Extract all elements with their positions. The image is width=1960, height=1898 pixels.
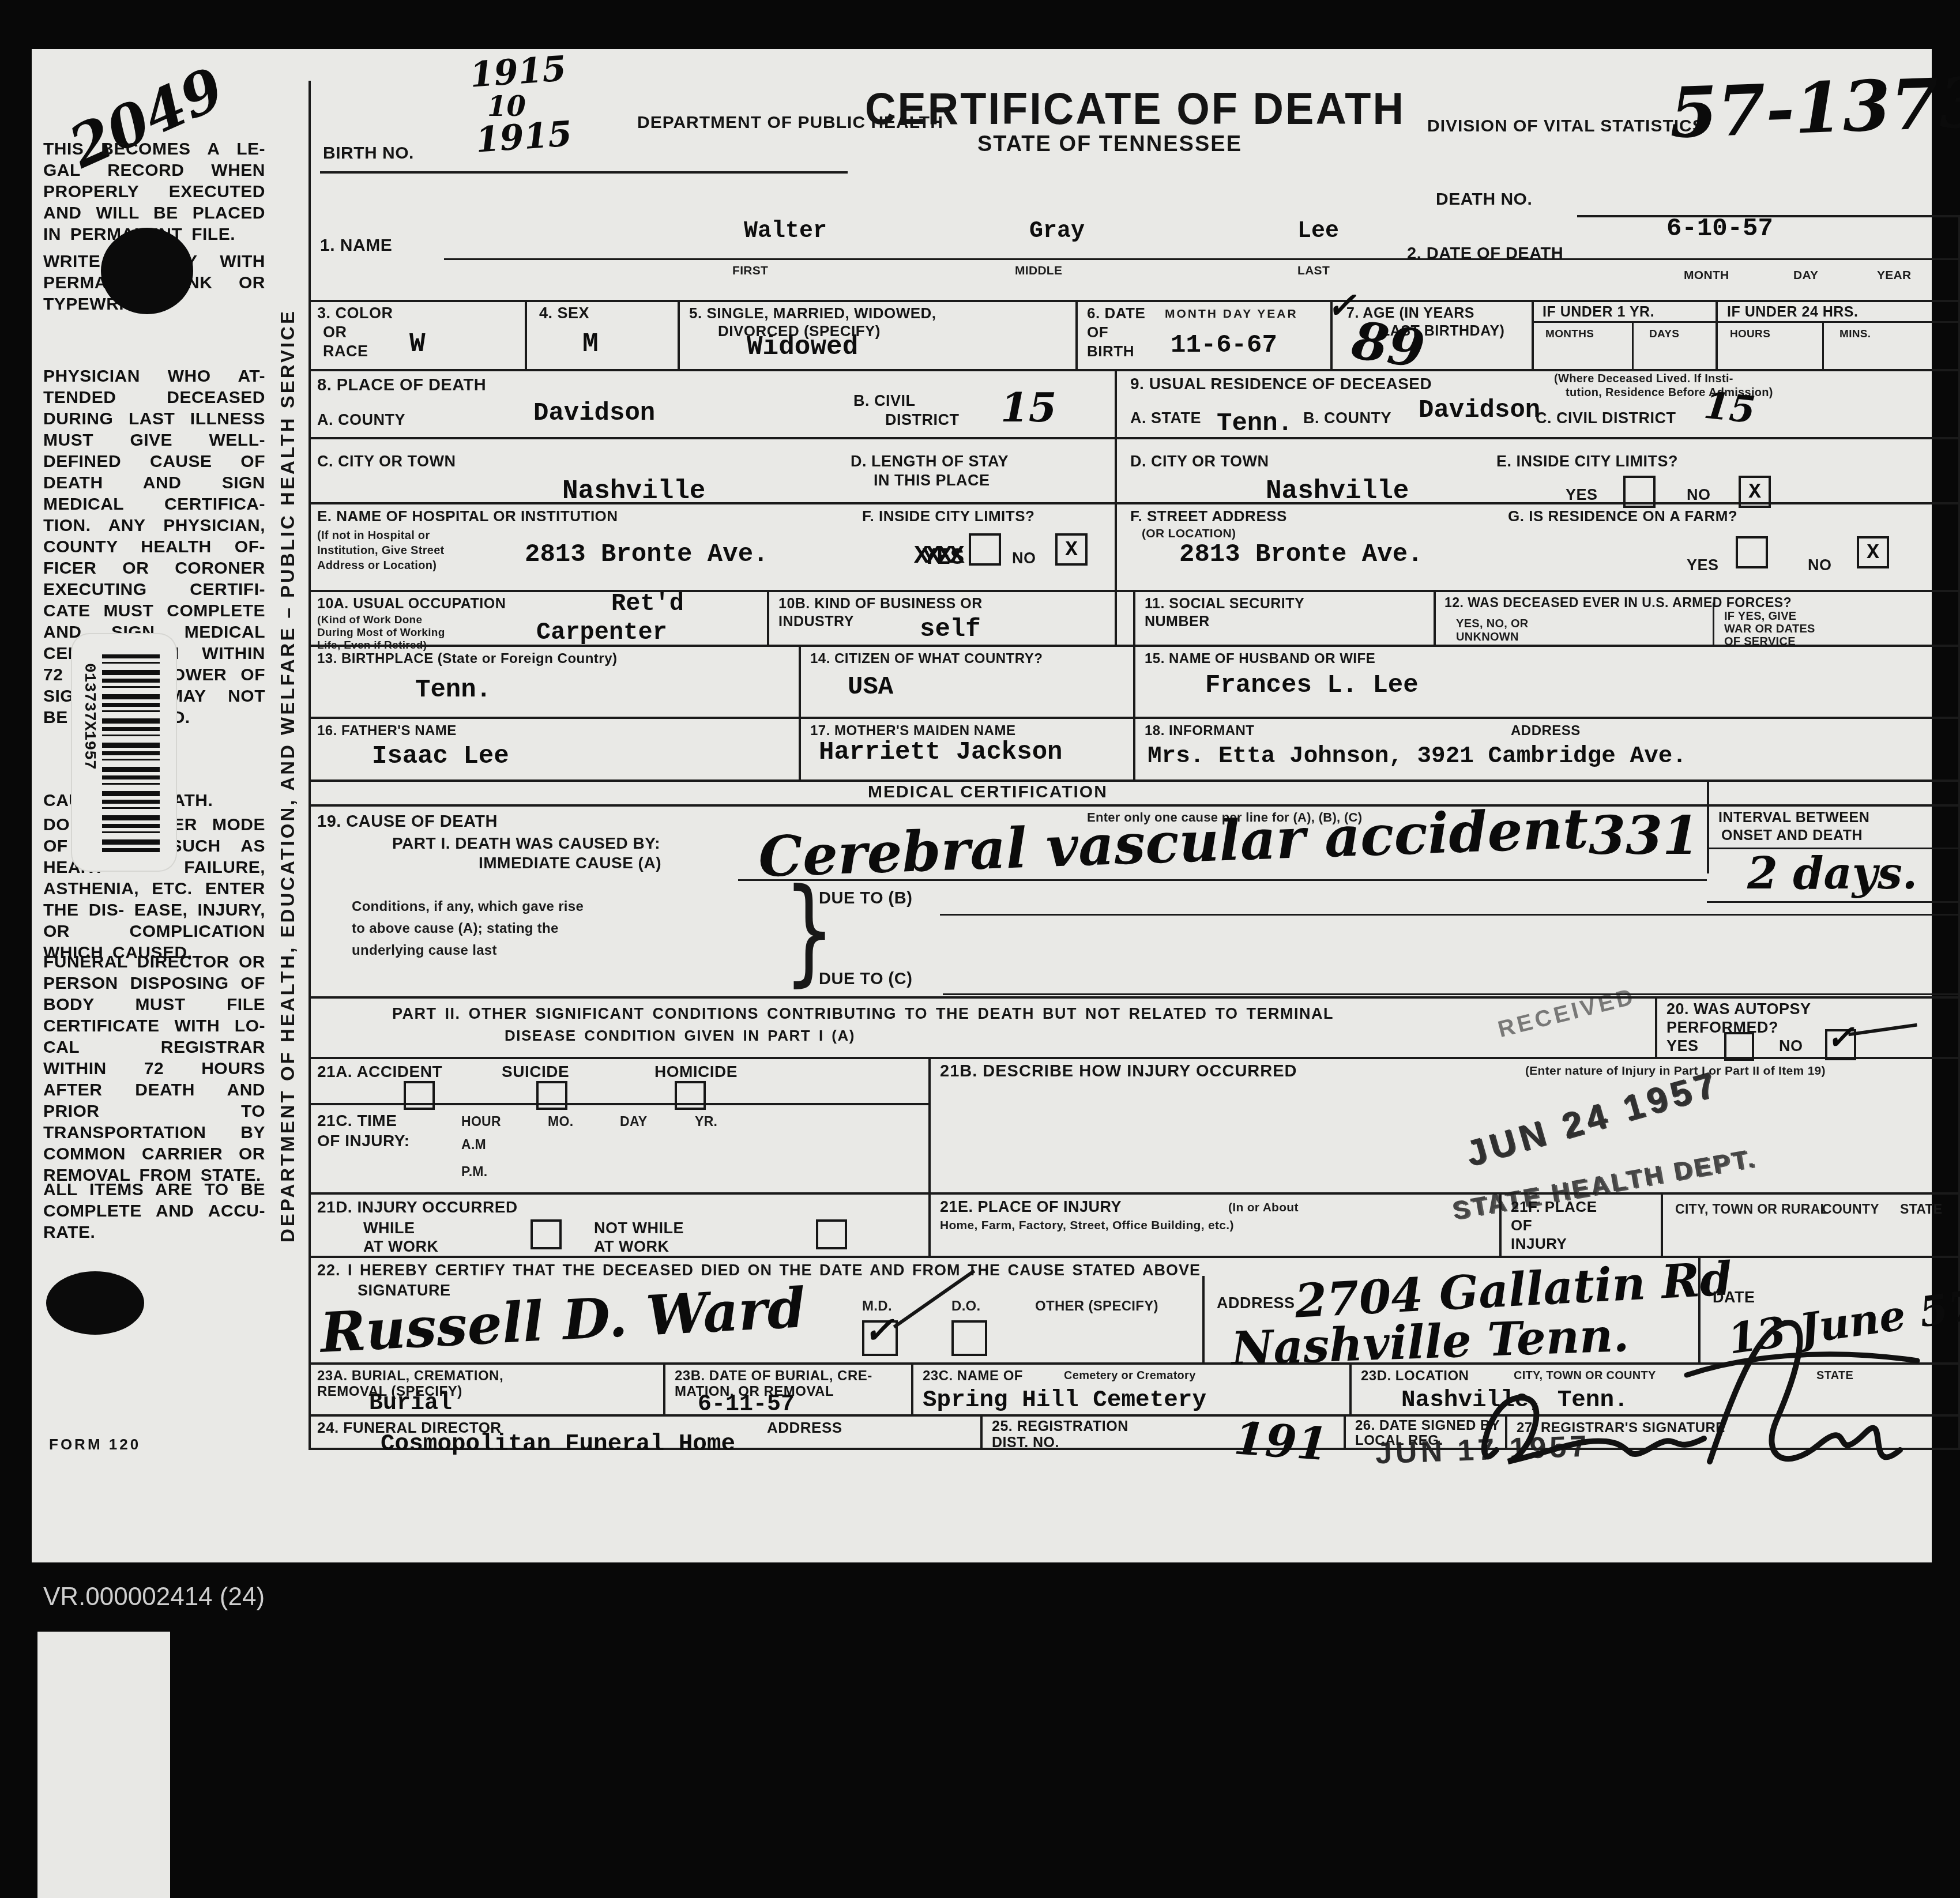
death-no-value: 57-13737 [1668, 60, 1960, 154]
death-no-label: DEATH NO. [1436, 190, 1532, 208]
cell-divider [1202, 1276, 1205, 1362]
cell-divider [767, 590, 769, 645]
cell-divider [1822, 321, 1824, 369]
res-city-label: D. CITY OR TOWN [1130, 453, 1269, 470]
while-at-work-checkbox [531, 1219, 562, 1249]
mother-label: 17. MOTHER'S MAIDEN NAME [810, 722, 1015, 740]
informant-label: 18. INFORMANT [1145, 722, 1255, 740]
res-limits-label: E. INSIDE CITY LIMITS? [1496, 453, 1678, 470]
place-of-injury-note-1: (In or About [1228, 1200, 1299, 1215]
homicide-label: HOMICIDE [654, 1063, 738, 1080]
business-label-2: INDUSTRY [778, 613, 854, 631]
civil-district-label-2: DISTRICT [885, 411, 960, 429]
informant-address-label: ADDRESS [1511, 722, 1581, 740]
hole-punch [46, 1271, 144, 1335]
res-limits-yes: YES [1566, 486, 1598, 504]
cause-line [738, 879, 1707, 881]
due-to-c-label: DUE TO (C) [819, 970, 912, 988]
interval-value-handwritten: 2 days. [1747, 848, 1917, 899]
hospital-sub-2: Institution, Give Street [317, 544, 445, 558]
birthplace-value: Tenn. [415, 677, 491, 703]
burial-value: Burial [369, 1391, 452, 1417]
pod-limits-label: F. INSIDE CITY LIMITS? [862, 507, 1034, 525]
name-sub-last: LAST [1297, 263, 1330, 278]
civil-district-label-1: B. CIVIL [853, 392, 916, 410]
place-of-injury-note-2: Home, Farm, Factory, Street, Office Buil… [940, 1218, 1234, 1233]
citizen-value: USA [848, 675, 893, 700]
pod-limits-yes-strike: XXXX [914, 544, 961, 569]
certificate-title: CERTIFICATE OF DEATH [865, 85, 1405, 133]
injury-state-label: STATE [1900, 1202, 1942, 1217]
hour-label: HOUR [461, 1114, 501, 1129]
certify-statement: 22. I HEREBY CERTIFY THAT THE DECEASED D… [317, 1261, 1201, 1279]
pod-limits-yes-checkbox [969, 533, 1001, 566]
res-state-label: A. STATE [1130, 409, 1201, 427]
registration-dist-label-1: 25. REGISTRATION [992, 1418, 1128, 1436]
cell-divider [1532, 300, 1534, 369]
date-of-death-value: 6-10-57 [1666, 216, 1773, 242]
street-value: 2813 Bronte Ave. [1179, 542, 1423, 567]
cell-divider [678, 300, 680, 369]
days-label: DAYS [1649, 327, 1679, 341]
homicide-checkbox [675, 1081, 706, 1110]
cell-divider [1716, 300, 1718, 369]
cell-divider [1133, 590, 1135, 645]
stay-label-1: D. LENGTH OF STAY [851, 453, 1009, 470]
civil-district-value: 15 [1000, 383, 1056, 431]
cemetery-sub: Cemetery or Crematory [1064, 1369, 1196, 1383]
cell-divider [911, 1362, 913, 1414]
hospital-value: 2813 Bronte Ave. [525, 542, 768, 567]
dod-sub-month: MONTH [1684, 268, 1729, 283]
cell-divider [1661, 1192, 1663, 1256]
under-1yr-label: IF UNDER 1 YR. [1543, 303, 1654, 321]
section-divider [1115, 369, 1117, 645]
res-county-label: B. COUNTY [1303, 409, 1391, 427]
yr-label: YR. [695, 1114, 717, 1129]
margin-note-funeral: FUNERAL DIRECTOR OR PERSON DISPOSING OF … [43, 951, 265, 1186]
dod-sub-year: YEAR [1877, 268, 1912, 283]
part2-label-2: DISEASE CONDITION GIVEN IN PART I (A) [505, 1027, 855, 1045]
cell-subline [1532, 321, 1960, 323]
mother-value: Harriett Jackson [819, 740, 1062, 765]
sex-value: M [582, 332, 599, 357]
farm-no: NO [1808, 556, 1832, 574]
dob-label-1: 6. DATE [1087, 304, 1145, 322]
pod-limits-no: NO [1012, 549, 1036, 567]
medical-certification-title: MEDICAL CERTIFICATION [868, 783, 1108, 801]
cert-address-label: ADDRESS [1217, 1294, 1295, 1312]
name-middle-value: Gray [1029, 219, 1085, 244]
form-line [309, 502, 1960, 504]
location-label: 23D. LOCATION [1361, 1367, 1469, 1385]
res-limits-no-checkbox: X [1739, 476, 1771, 508]
not-while-at-work-1: NOT WHILE [594, 1219, 684, 1237]
mo-label: MO. [548, 1114, 573, 1129]
months-label: MONTHS [1545, 327, 1594, 341]
res-limits-yes-checkbox [1623, 476, 1656, 508]
form-line [309, 369, 1960, 371]
describe-injury-label: 21B. DESCRIBE HOW INJURY OCCURRED [940, 1063, 1297, 1080]
res-civil-label: C. CIVIL DISTRICT [1536, 409, 1676, 427]
form-number: FORM 120 [49, 1436, 141, 1453]
cause-code-handwritten: 331 [1589, 804, 1699, 867]
while-at-work-2: AT WORK [363, 1238, 438, 1256]
dob-label-3: BIRTH [1087, 342, 1134, 360]
conditions-note-1: Conditions, if any, which gave rise [352, 899, 584, 914]
cell-divider [928, 1057, 931, 1256]
part2-label-1: PART II. OTHER SIGNIFICANT CONDITIONS CO… [392, 1005, 1334, 1023]
cell-divider [799, 645, 801, 717]
spouse-value: Frances L. Lee [1205, 673, 1419, 698]
hours-label: HOURS [1730, 327, 1770, 341]
not-while-at-work-2: AT WORK [594, 1238, 669, 1256]
marital-label-1: 5. SINGLE, MARRIED, WIDOWED, [689, 304, 936, 322]
color-value: W [409, 332, 426, 357]
business-label-1: 10B. KIND OF BUSINESS OR [778, 595, 983, 613]
county-label: A. COUNTY [317, 411, 405, 429]
form-line [309, 779, 1960, 782]
res-civil-value: 15 [1702, 384, 1757, 432]
res-county-value: Davidson [1419, 398, 1540, 423]
division-label: DIVISION OF VITAL STATISTICS [1427, 117, 1705, 135]
color-label-3: RACE [323, 342, 368, 360]
scanned-death-certificate: 2049 THIS BECOMES A LE- GAL RECORD WHEN … [0, 0, 1960, 1898]
armed-forces-sub2c: OF SERVICE [1724, 635, 1796, 649]
informant-value: Mrs. Etta Johnson, 3921 Cambridge Ave. [1148, 744, 1687, 769]
sex-label: 4. SEX [539, 304, 589, 322]
cell-divider [525, 300, 527, 369]
hospital-label: E. NAME OF HOSPITAL OR INSTITUTION [317, 507, 618, 525]
form-line [309, 1057, 1960, 1059]
cell-divider [1434, 590, 1436, 645]
place-f-label-3: INJURY [1511, 1235, 1567, 1253]
sidebar-agency-text: DEPARTMENT OF HEALTH, EDUCATION, AND WEL… [277, 343, 299, 1242]
dod-sub-day: DAY [1793, 268, 1818, 283]
age-value: 89 [1348, 310, 1428, 380]
cell-divider [663, 1362, 665, 1414]
business-value: self [920, 617, 981, 642]
city-town-rural-label: CITY, TOWN OR RURAL [1675, 1202, 1829, 1217]
date-of-death-label: 2. DATE OF DEATH [1407, 245, 1563, 263]
time-of-injury-label-1: 21C. TIME [317, 1112, 397, 1129]
farm-label: G. IS RESIDENCE ON A FARM? [1508, 507, 1737, 525]
name-label: 1. NAME [320, 236, 392, 254]
other-specify-label: OTHER (SPECIFY) [1035, 1299, 1158, 1313]
immediate-cause-label: IMMEDIATE CAUSE (A) [479, 854, 661, 872]
ssn-label-1: 11. SOCIAL SECURITY [1145, 595, 1304, 613]
funeral-director-address-label: ADDRESS [767, 1419, 842, 1437]
md-checkmark: ✓ [863, 1309, 894, 1352]
due-to-b-line [940, 914, 1960, 916]
injury-occurred-label: 21D. INJURY OCCURRED [317, 1198, 518, 1216]
ssn-label-2: NUMBER [1145, 613, 1210, 631]
suicide-label: SUICIDE [502, 1063, 569, 1080]
name-sub-first: FIRST [732, 263, 768, 278]
cert-date-label: DATE [1713, 1289, 1755, 1306]
form-line [309, 300, 1960, 302]
name-first-value: Walter [744, 219, 827, 244]
suicide-checkbox [536, 1081, 567, 1110]
armed-forces-sub1a: YES, NO, OR [1456, 617, 1529, 631]
registration-dist-value: 191 [1232, 1412, 1330, 1471]
pm-label: P.M. [461, 1165, 488, 1179]
occupation-value-2: Carpenter [536, 620, 667, 645]
do-label: D.O. [951, 1299, 981, 1313]
interval-label-2: ONSET AND DEATH [1721, 827, 1863, 845]
cell-divider [1632, 321, 1634, 369]
res-state-value: Tenn. [1217, 411, 1293, 436]
funeral-director-value: Cosmopolitan Funeral Home [381, 1432, 735, 1457]
day-label: DAY [620, 1114, 647, 1129]
do-checkbox [951, 1320, 987, 1356]
barcode-number: 013737X1957 [80, 663, 98, 770]
pod-limits-no-checkbox: X [1055, 533, 1088, 566]
armed-forces-sub1b: UNKNOWN [1456, 630, 1519, 645]
street-label-2: (OR LOCATION) [1142, 526, 1236, 541]
residence-section-label: 9. USUAL RESIDENCE OF DECEASED [1130, 375, 1432, 393]
father-label: 16. FATHER'S NAME [317, 722, 457, 740]
while-at-work-1: WHILE [363, 1219, 415, 1237]
place-f-label-2: OF [1511, 1217, 1532, 1234]
autopsy-check-tail [1848, 1023, 1917, 1037]
res-city-value: Nashville [1266, 479, 1409, 504]
farm-yes: YES [1687, 556, 1719, 574]
place-of-death-section-label: 8. PLACE OF DEATH [317, 376, 486, 394]
under-24hrs-label: IF UNDER 24 HRS. [1727, 303, 1858, 321]
hospital-sub-1: (If not in Hospital or [317, 529, 430, 543]
autopsy-no: NO [1779, 1037, 1803, 1055]
cause-value-handwritten: Cerebral vascular accident [757, 796, 1589, 890]
cell-divider [1499, 1192, 1502, 1256]
barcode [102, 654, 160, 853]
autopsy-yes: YES [1666, 1037, 1699, 1055]
certificate-sheet: 2049 THIS BECOMES A LE- GAL RECORD WHEN … [32, 49, 1932, 1562]
county-value: Davidson [533, 401, 655, 426]
state-label: STATE OF TENNESSEE [977, 135, 1242, 153]
next-page-edge [37, 1632, 170, 1898]
cell-divider [980, 1414, 983, 1448]
autopsy-label-1: 20. WAS AUTOPSY [1666, 1000, 1811, 1018]
birth-no-overwrite-1: 1915 [469, 48, 567, 95]
interval-label-1: INTERVAL BETWEEN [1718, 809, 1869, 827]
interval-col-divider [1707, 779, 1709, 873]
form-line [309, 804, 1960, 807]
due-to-c-line [943, 993, 1960, 995]
citizen-label: 14. CITIZEN OF WHAT COUNTRY? [810, 650, 1043, 668]
cell-divider [1344, 1414, 1346, 1448]
injury-county-label: COUNTY [1822, 1202, 1879, 1217]
father-value: Isaac Lee [372, 744, 509, 769]
form-left-border [309, 81, 311, 1448]
hospital-sub-3: Address or Location) [317, 559, 437, 573]
form-line [309, 437, 1960, 439]
dob-label-2: OF [1087, 323, 1108, 341]
city-value: Nashville [562, 479, 705, 504]
autopsy-cell-divider [1655, 996, 1657, 1057]
place-f-label-1: 21F. PLACE [1511, 1198, 1597, 1216]
registrar-signature [1462, 1306, 1935, 1490]
color-label-2: OR [323, 323, 347, 341]
cell-divider [799, 717, 801, 779]
farm-yes-checkbox [1736, 536, 1768, 568]
part1-label: PART I. DEATH WAS CAUSED BY: [392, 834, 660, 852]
name-last-value: Lee [1297, 219, 1339, 244]
am-label: A.M [461, 1138, 486, 1152]
time-of-injury-label-2: OF INJURY: [317, 1132, 410, 1150]
cell-divider [1133, 717, 1135, 779]
cell-divider [1349, 1362, 1352, 1414]
autopsy-label-2: PERFORMED? [1666, 1019, 1778, 1037]
place-of-injury-label: 21E. PLACE OF INJURY [940, 1198, 1122, 1216]
due-to-b-label: DUE TO (B) [819, 890, 912, 907]
accident-checkbox [404, 1081, 435, 1110]
conditions-note-2: to above cause (A); stating the [352, 921, 559, 936]
not-while-at-work-checkbox [816, 1219, 847, 1249]
accident-label: 21A. ACCIDENT [317, 1063, 442, 1080]
cell-divider [1133, 645, 1135, 717]
birth-no-line [320, 171, 848, 174]
cemetery-value: Spring Hill Cemetery [923, 1388, 1206, 1413]
birth-no-overwrite-3: 1915 [475, 114, 573, 160]
res-limits-no: NO [1687, 486, 1711, 504]
stay-label-2: IN THIS PLACE [874, 472, 990, 489]
margin-note-complete: ALL ITEMS ARE TO BE COMPLETE AND ACCU- R… [43, 1179, 265, 1243]
burial-date-value: 6-11-57 [698, 1392, 795, 1418]
mins-label: MINS. [1839, 327, 1871, 341]
birth-no-label: BIRTH NO. [323, 144, 414, 162]
interval-line-2 [1707, 901, 1960, 903]
form-line [309, 1103, 928, 1105]
farm-no-checkbox: X [1857, 536, 1889, 568]
form-line [309, 996, 1960, 999]
occupation-label: 10A. USUAL OCCUPATION [317, 595, 506, 613]
birthplace-label: 13. BIRTHPLACE (State or Foreign Country… [317, 650, 618, 668]
name-line [444, 258, 1960, 260]
cause-of-death-label: 19. CAUSE OF DEATH [317, 813, 498, 831]
dob-label-mdy: MONTH DAY YEAR [1165, 307, 1298, 321]
city-label: C. CITY OR TOWN [317, 453, 456, 470]
street-label-1: F. STREET ADDRESS [1130, 507, 1287, 525]
autopsy-yes-checkbox [1724, 1032, 1754, 1061]
marital-value: Widowed [747, 334, 858, 360]
name-sub-middle: MIDDLE [1015, 263, 1062, 278]
registration-dist-label-2: DIST. NO. [992, 1434, 1059, 1452]
conditions-note-3: underlying cause last [352, 943, 497, 958]
occupation-value-1: Ret'd [611, 591, 684, 616]
form-line [309, 1192, 1960, 1195]
cell-divider [1075, 300, 1078, 369]
cemetery-label: 23C. NAME OF [923, 1367, 1023, 1385]
film-strip-label: VR.000002414 (24) [43, 1583, 265, 1611]
spouse-label: 15. NAME OF HUSBAND OR WIFE [1145, 650, 1375, 668]
dob-value: 11-6-67 [1171, 333, 1277, 358]
color-label-1: 3. COLOR [317, 304, 393, 322]
hole-punch [101, 228, 193, 314]
received-stamp: RECEIVED [1495, 984, 1638, 1043]
autopsy-no-checkmark: ✓ [1826, 1018, 1854, 1057]
